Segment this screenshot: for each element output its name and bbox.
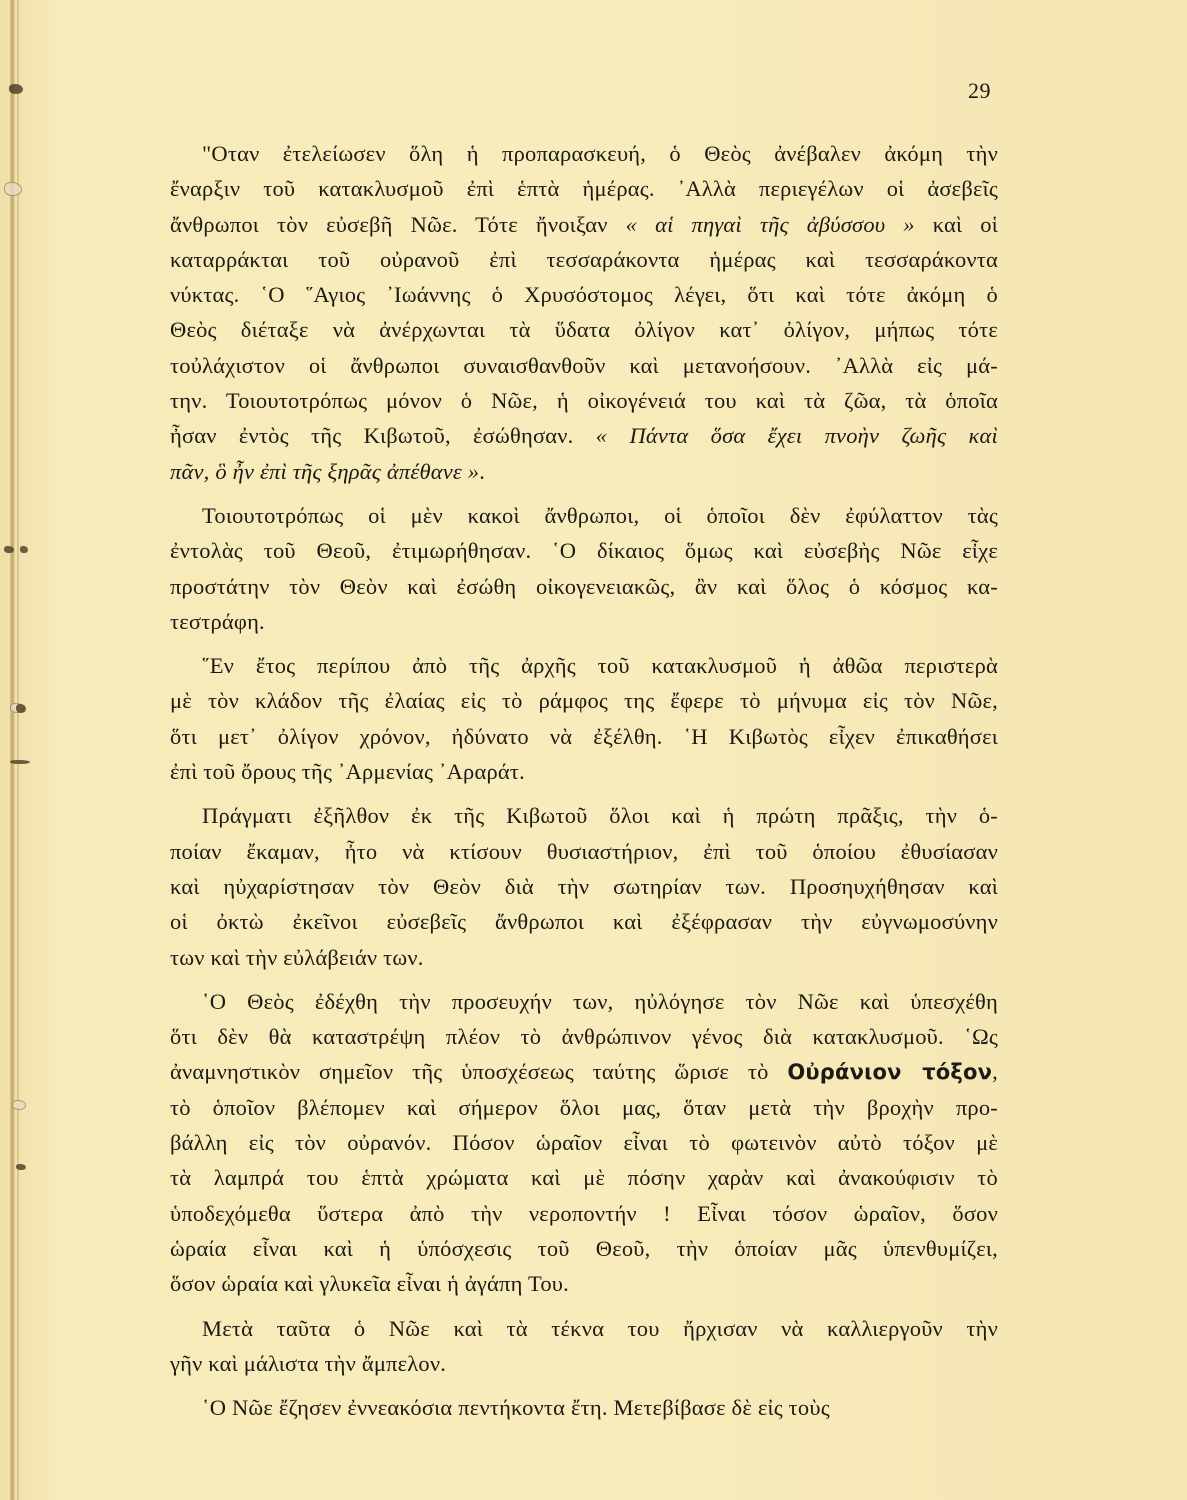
text-line: τὸ ὁποῖον βλέπομεν καὶ σήμερον ὅλοι μας,… <box>170 1090 998 1125</box>
paragraph: ῞Εν ἔτος περίπου ἀπὸ τῆς ἀρχῆς τοῦ κατακ… <box>170 648 998 789</box>
text-line: ὡραία εἶναι καὶ ἡ ὑπόσχεσις τοῦ Θεοῦ, τὴ… <box>170 1231 998 1266</box>
text-line: των καὶ τὴν εὐλάβειάν των. <box>170 940 998 975</box>
paragraph-gap <box>170 1381 998 1390</box>
text-line: τὰ λαμπρά του ἑπτὰ χρώματα καὶ μὲ πόσην … <box>170 1160 998 1195</box>
italic-quote: « αἱ πηγαὶ τῆς ἀβύσσου » <box>626 212 915 237</box>
binding-stitch <box>12 1100 26 1110</box>
text-line: βάλλη εἰς τὸν οὐρανόν. Πόσον ὡραῖον εἶνα… <box>170 1125 998 1160</box>
text-line: πᾶν, ὃ ἦν ἐπὶ τῆς ξηρᾶς ἀπέθανε ». <box>170 454 998 489</box>
text-line: καὶ ηὐχαρίστησαν τὸν Θεὸν διὰ τὴν σωτηρί… <box>170 869 998 904</box>
page-number: 29 <box>968 78 991 104</box>
paragraph: Τοιουτοτρόπως οἱ μὲν κακοὶ ἄνθρωποι, οἱ … <box>170 498 998 639</box>
binding-stitch <box>4 182 22 196</box>
text-line: οἱ ὀκτὼ ἐκεῖνοι εὐσεβεῖς ἄνθρωποι καὶ ἐξ… <box>170 904 998 939</box>
text-line: ὑποδεχόμεθα ὕστερα ἀπὸ τὴν νεροποντήν ! … <box>170 1196 998 1231</box>
binding-stitch <box>4 546 14 553</box>
paragraph-gap <box>170 789 998 798</box>
text-line: καταρράκται τοῦ οὐρανοῦ ἐπὶ τεσσαράκοντα… <box>170 242 998 277</box>
paragraph: Πράγματι ἐξῆλθον ἐκ τῆς Κιβωτοῦ ὅλοι καὶ… <box>170 798 998 974</box>
binding-stitch <box>20 546 28 553</box>
text-line: "Οταν ἐτελείωσεν ὅλη ἡ προπαρασκευή, ὁ Θ… <box>170 136 998 171</box>
bold-term: Οὐράνιον τόξον <box>787 1060 992 1084</box>
binding-stitch <box>16 704 26 713</box>
text-line: ὅσον ὡραία καὶ γλυκεῖα εἶναι ἡ ἀγάπη Του… <box>170 1266 998 1301</box>
text-line: γῆν καὶ μάλιστα τὴν ἄμπελον. <box>170 1346 998 1381</box>
text-line: προστάτην τὸν Θεὸν καὶ ἐσώθη οἰκογενειακ… <box>170 569 998 604</box>
text-line: Πράγματι ἐξῆλθον ἐκ τῆς Κιβωτοῦ ὅλοι καὶ… <box>170 798 998 833</box>
text-line: ἐπὶ τοῦ ὄρους τῆς ᾿Αρμενίας ᾿Αραράτ. <box>170 754 998 789</box>
binding-stitch <box>10 760 30 764</box>
scanned-page: 29 "Οταν ἐτελείωσεν ὅλη ἡ προπαρασκευή, … <box>0 0 1187 1500</box>
binding-stitch <box>16 1164 26 1170</box>
text-line: ἄνθρωποι τὸν εὐσεβῆ Νῶε. Τότε ἤνοιξαν « … <box>170 207 998 242</box>
text-line: ὅτι μετ᾿ ὀλίγον χρόνον, ἠδύνατο νὰ ἐξέλθ… <box>170 719 998 754</box>
binding-edge-shadow <box>17 0 19 1500</box>
paragraph: ῾Ο Νῶε ἔζησεν ἐννεακόσια πεντήκοντα ἔτη.… <box>170 1390 998 1425</box>
italic-quote: πᾶν, ὃ ἦν ἐπὶ τῆς ξηρᾶς ἀπέθανε » <box>170 459 479 484</box>
paragraph: ῾Ο Θεὸς ἐδέχθη τὴν προσευχήν των, ηὐλόγη… <box>170 984 998 1302</box>
body-text: "Οταν ἐτελείωσεν ὅλη ἡ προπαρασκευή, ὁ Θ… <box>170 136 998 1425</box>
paragraph: "Οταν ἐτελείωσεν ὅλη ἡ προπαρασκευή, ὁ Θ… <box>170 136 998 489</box>
paragraph-gap <box>170 639 998 648</box>
text-line: ῾Ο Θεὸς ἐδέχθη τὴν προσευχήν των, ηὐλόγη… <box>170 984 998 1019</box>
binding-stitch <box>9 84 23 94</box>
text-line: ποίαν ἔκαμαν, ἦτο νὰ κτίσουν θυσιαστήριο… <box>170 834 998 869</box>
text-line: ἔναρξιν τοῦ κατακλυσμοῦ ἐπὶ ἑπτὰ ἡμέρας.… <box>170 171 998 206</box>
text-line: τεστράφη. <box>170 604 998 639</box>
italic-quote: « Πάντα ὅσα ἔχει πνοὴν ζωῆς καὶ <box>596 423 998 448</box>
text-line: ὅτι δὲν θὰ καταστρέψη πλέον τὸ ἀνθρώπινο… <box>170 1019 998 1054</box>
paragraph-gap <box>170 1302 998 1311</box>
text-line: ἐντολὰς τοῦ Θεοῦ, ἐτιμωρήθησαν. ῾Ο δίκαι… <box>170 533 998 568</box>
paragraph-gap <box>170 975 998 984</box>
text-line: Μετὰ ταῦτα ὁ Νῶε καὶ τὰ τέκνα του ἤρχισα… <box>170 1311 998 1346</box>
text-line: μὲ τὸν κλάδον τῆς ἐλαίας εἰς τὸ ράμφος τ… <box>170 683 998 718</box>
text-line: νύκτας. ῾Ο ῞Αγιος ᾿Ιωάννης ὁ Χρυσόστομος… <box>170 277 998 312</box>
text-line: Τοιουτοτρόπως οἱ μὲν κακοὶ ἄνθρωποι, οἱ … <box>170 498 998 533</box>
text-line: ἀναμνηστικὸν σημεῖον τῆς ὑποσχέσεως ταύτ… <box>170 1054 998 1089</box>
text-line: Θεὸς διέταξε νὰ ἀνέρχωνται τὰ ὕδατα ὀλίγ… <box>170 312 998 347</box>
text-line: ῞Εν ἔτος περίπου ἀπὸ τῆς ἀρχῆς τοῦ κατακ… <box>170 648 998 683</box>
text-line: τοὐλάχιστον οἱ ἄνθρωποι συναισθανθοῦν κα… <box>170 348 998 383</box>
binding-edge <box>10 0 15 1500</box>
text-line: ἦσαν ἐντὸς τῆς Κιβωτοῦ, ἐσώθησαν. « Πάντ… <box>170 418 998 453</box>
paragraph-gap <box>170 489 998 498</box>
text-line: την. Τοιουτοτρόπως μόνον ὁ Νῶε, ἡ οἰκογέ… <box>170 383 998 418</box>
text-line: ῾Ο Νῶε ἔζησεν ἐννεακόσια πεντήκοντα ἔτη.… <box>170 1390 998 1425</box>
paragraph: Μετὰ ταῦτα ὁ Νῶε καὶ τὰ τέκνα του ἤρχισα… <box>170 1311 998 1382</box>
